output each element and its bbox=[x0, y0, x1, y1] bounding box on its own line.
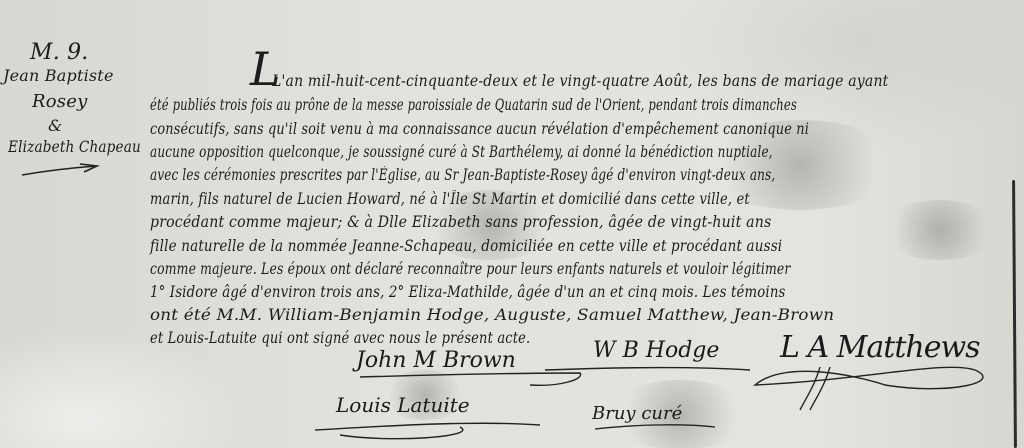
body-line-9: comme majeure. Les époux ont déclaré rec… bbox=[150, 260, 791, 278]
body-line-3: consécutifs, sans qu'il soit venu à ma c… bbox=[150, 120, 809, 138]
signature-flourish bbox=[590, 415, 720, 435]
ink-smudge bbox=[880, 200, 1000, 260]
signature-flourish bbox=[310, 405, 550, 445]
body-line-4: aucune opposition quelconque, je soussig… bbox=[150, 143, 773, 161]
page-edge-line bbox=[1012, 180, 1017, 448]
body-line-5: avec les cérémonies prescrites par l'Égl… bbox=[150, 166, 775, 184]
body-line-8: fille naturelle de la nommée Jeanne-Scha… bbox=[150, 237, 782, 255]
body-line-11: ont été M.M. William-Benjamin Hodge, Aug… bbox=[150, 306, 834, 324]
arrow-icon bbox=[20, 163, 100, 177]
body-line-1: L'an mil-huit-cent-cinquante-deux et le … bbox=[272, 72, 889, 90]
groom-surname: Rosey bbox=[32, 91, 87, 112]
body-line-6: marin, fils naturel de Lucien Howard, né… bbox=[150, 190, 750, 208]
entry-number: M. 9. bbox=[30, 40, 89, 65]
body-line-10: 1° Isidore âgé d'environ trois ans, 2° E… bbox=[150, 283, 786, 301]
body-line-2: été publiés trois fois au prône de la me… bbox=[150, 96, 797, 114]
signature-flourish bbox=[540, 358, 760, 378]
groom-given-names: Jean Baptiste bbox=[3, 66, 114, 85]
bride-name: Elizabeth Chapeau bbox=[8, 137, 141, 156]
body-line-12: et Louis-Latuite qui ont signé avec nous… bbox=[150, 329, 530, 347]
signature-flourish bbox=[745, 355, 1005, 415]
document-scan: M. 9. Jean Baptiste Rosey & Elizabeth Ch… bbox=[0, 0, 1024, 448]
body-line-7: procédant comme majeur; & à Dlle Elizabe… bbox=[150, 213, 771, 231]
conjunction: & bbox=[48, 116, 62, 135]
